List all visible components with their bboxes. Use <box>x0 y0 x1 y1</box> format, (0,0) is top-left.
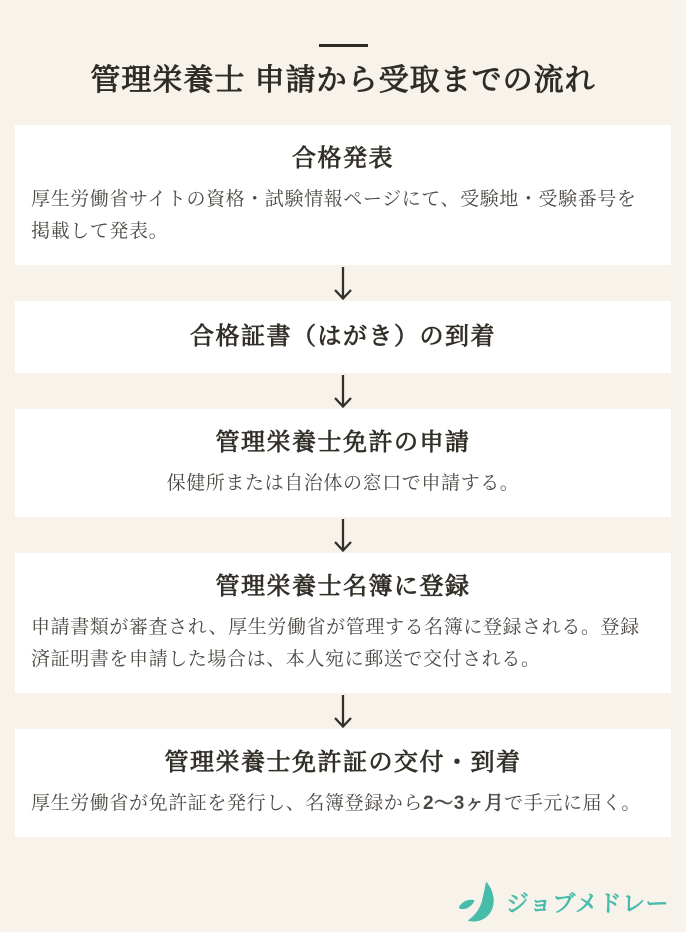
arrow-row <box>15 373 671 409</box>
down-arrow-icon <box>332 518 354 552</box>
arrow-row <box>15 517 671 553</box>
down-arrow-icon <box>332 266 354 300</box>
down-arrow-icon <box>332 374 354 408</box>
arrow-row <box>15 265 671 301</box>
step-heading: 管理栄養士免許証の交付・到着 <box>31 748 655 778</box>
step-card-5: 管理栄養士免許証の交付・到着 厚生労働省が免許証を発行し、名簿登録から2〜3ヶ月… <box>15 729 671 837</box>
step-card-4: 管理栄養士名簿に登録 申請書類が審査され、厚生労働省が管理する名簿に登録される。… <box>15 553 671 693</box>
flow-diagram: 合格発表 厚生労働省サイトの資格・試験情報ページにて、受験地・受験番号を掲載して… <box>15 125 671 837</box>
down-arrow-icon <box>332 694 354 728</box>
step-card-1: 合格発表 厚生労働省サイトの資格・試験情報ページにて、受験地・受験番号を掲載して… <box>15 125 671 265</box>
step-card-3: 管理栄養士免許の申請 保健所または自治体の窓口で申請する。 <box>15 409 671 517</box>
jobmedley-logo-text: ジョブメドレー <box>506 885 669 918</box>
step-heading: 合格証書（はがき）の到着 <box>31 322 655 352</box>
step-body: 申請書類が審査され、厚生労働省が管理する名簿に登録される。登録済証明書を申請した… <box>31 612 655 676</box>
step-body: 厚生労働省が免許証を発行し、名簿登録から2〜3ヶ月で手元に届く。 <box>31 788 655 820</box>
step-body: 保健所または自治体の窓口で申請する。 <box>31 468 655 500</box>
step-heading: 合格発表 <box>31 144 655 174</box>
title-divider-line <box>319 44 368 47</box>
step-card-2: 合格証書（はがき）の到着 <box>15 301 671 373</box>
infographic-page: 管理栄養士 申請から受取までの流れ 合格発表 厚生労働省サイトの資格・試験情報ペ… <box>0 0 686 932</box>
arrow-row <box>15 693 671 729</box>
page-title: 管理栄養士 申請から受取までの流れ <box>0 60 686 102</box>
step-heading: 管理栄養士名簿に登録 <box>31 572 655 602</box>
step-heading: 管理栄養士免許の申請 <box>31 428 655 458</box>
step-body: 厚生労働省サイトの資格・試験情報ページにて、受験地・受験番号を掲載して発表。 <box>31 184 655 248</box>
crescent-j-icon <box>456 881 497 922</box>
footer: ジョブメドレー <box>17 881 669 922</box>
